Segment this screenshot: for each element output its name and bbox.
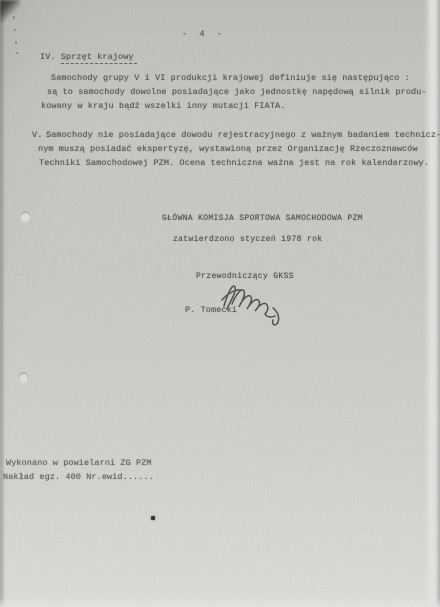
- body-line: Samochody grupy V i VI produkcji krajowe…: [51, 73, 410, 84]
- section-iv-title: Sprzęt krajowy: [61, 52, 137, 64]
- body-line: nym muszą posiadać ekspertyzę, wystawion…: [38, 144, 418, 155]
- approval-date-line: zatwierdzono styczeń 1978 rok: [173, 234, 322, 245]
- committee-line: GŁÓWNA KOMISJA SPORTOWA SAMOCHODOWA PZM: [162, 213, 363, 224]
- body-line: są to samochody dowolne posiadające jako…: [47, 87, 427, 98]
- footer-line: Wykonano w powielarni ZG PZM: [6, 458, 152, 469]
- section-iv-marker: IV.: [40, 52, 56, 62]
- page-number: - 4 -: [182, 29, 222, 40]
- section-iv-heading: IV. Sprzęt krajowy: [40, 52, 137, 63]
- body-line: Samochody nie posiadające dowodu rejestr…: [46, 130, 440, 141]
- section-v-marker: V.: [32, 130, 42, 141]
- body-line: kowany w kraju bądź wszelki inny mutacji…: [41, 101, 285, 112]
- footer-line: Nakład egz. 400 Nr.ewid......: [3, 472, 154, 483]
- body-line: Techniki Samochodowej PZM. Ocena technic…: [39, 158, 429, 169]
- handwritten-signature: [216, 278, 300, 326]
- document-page: - 4 - IV. Sprzęt krajowy Samochody grupy…: [0, 0, 440, 607]
